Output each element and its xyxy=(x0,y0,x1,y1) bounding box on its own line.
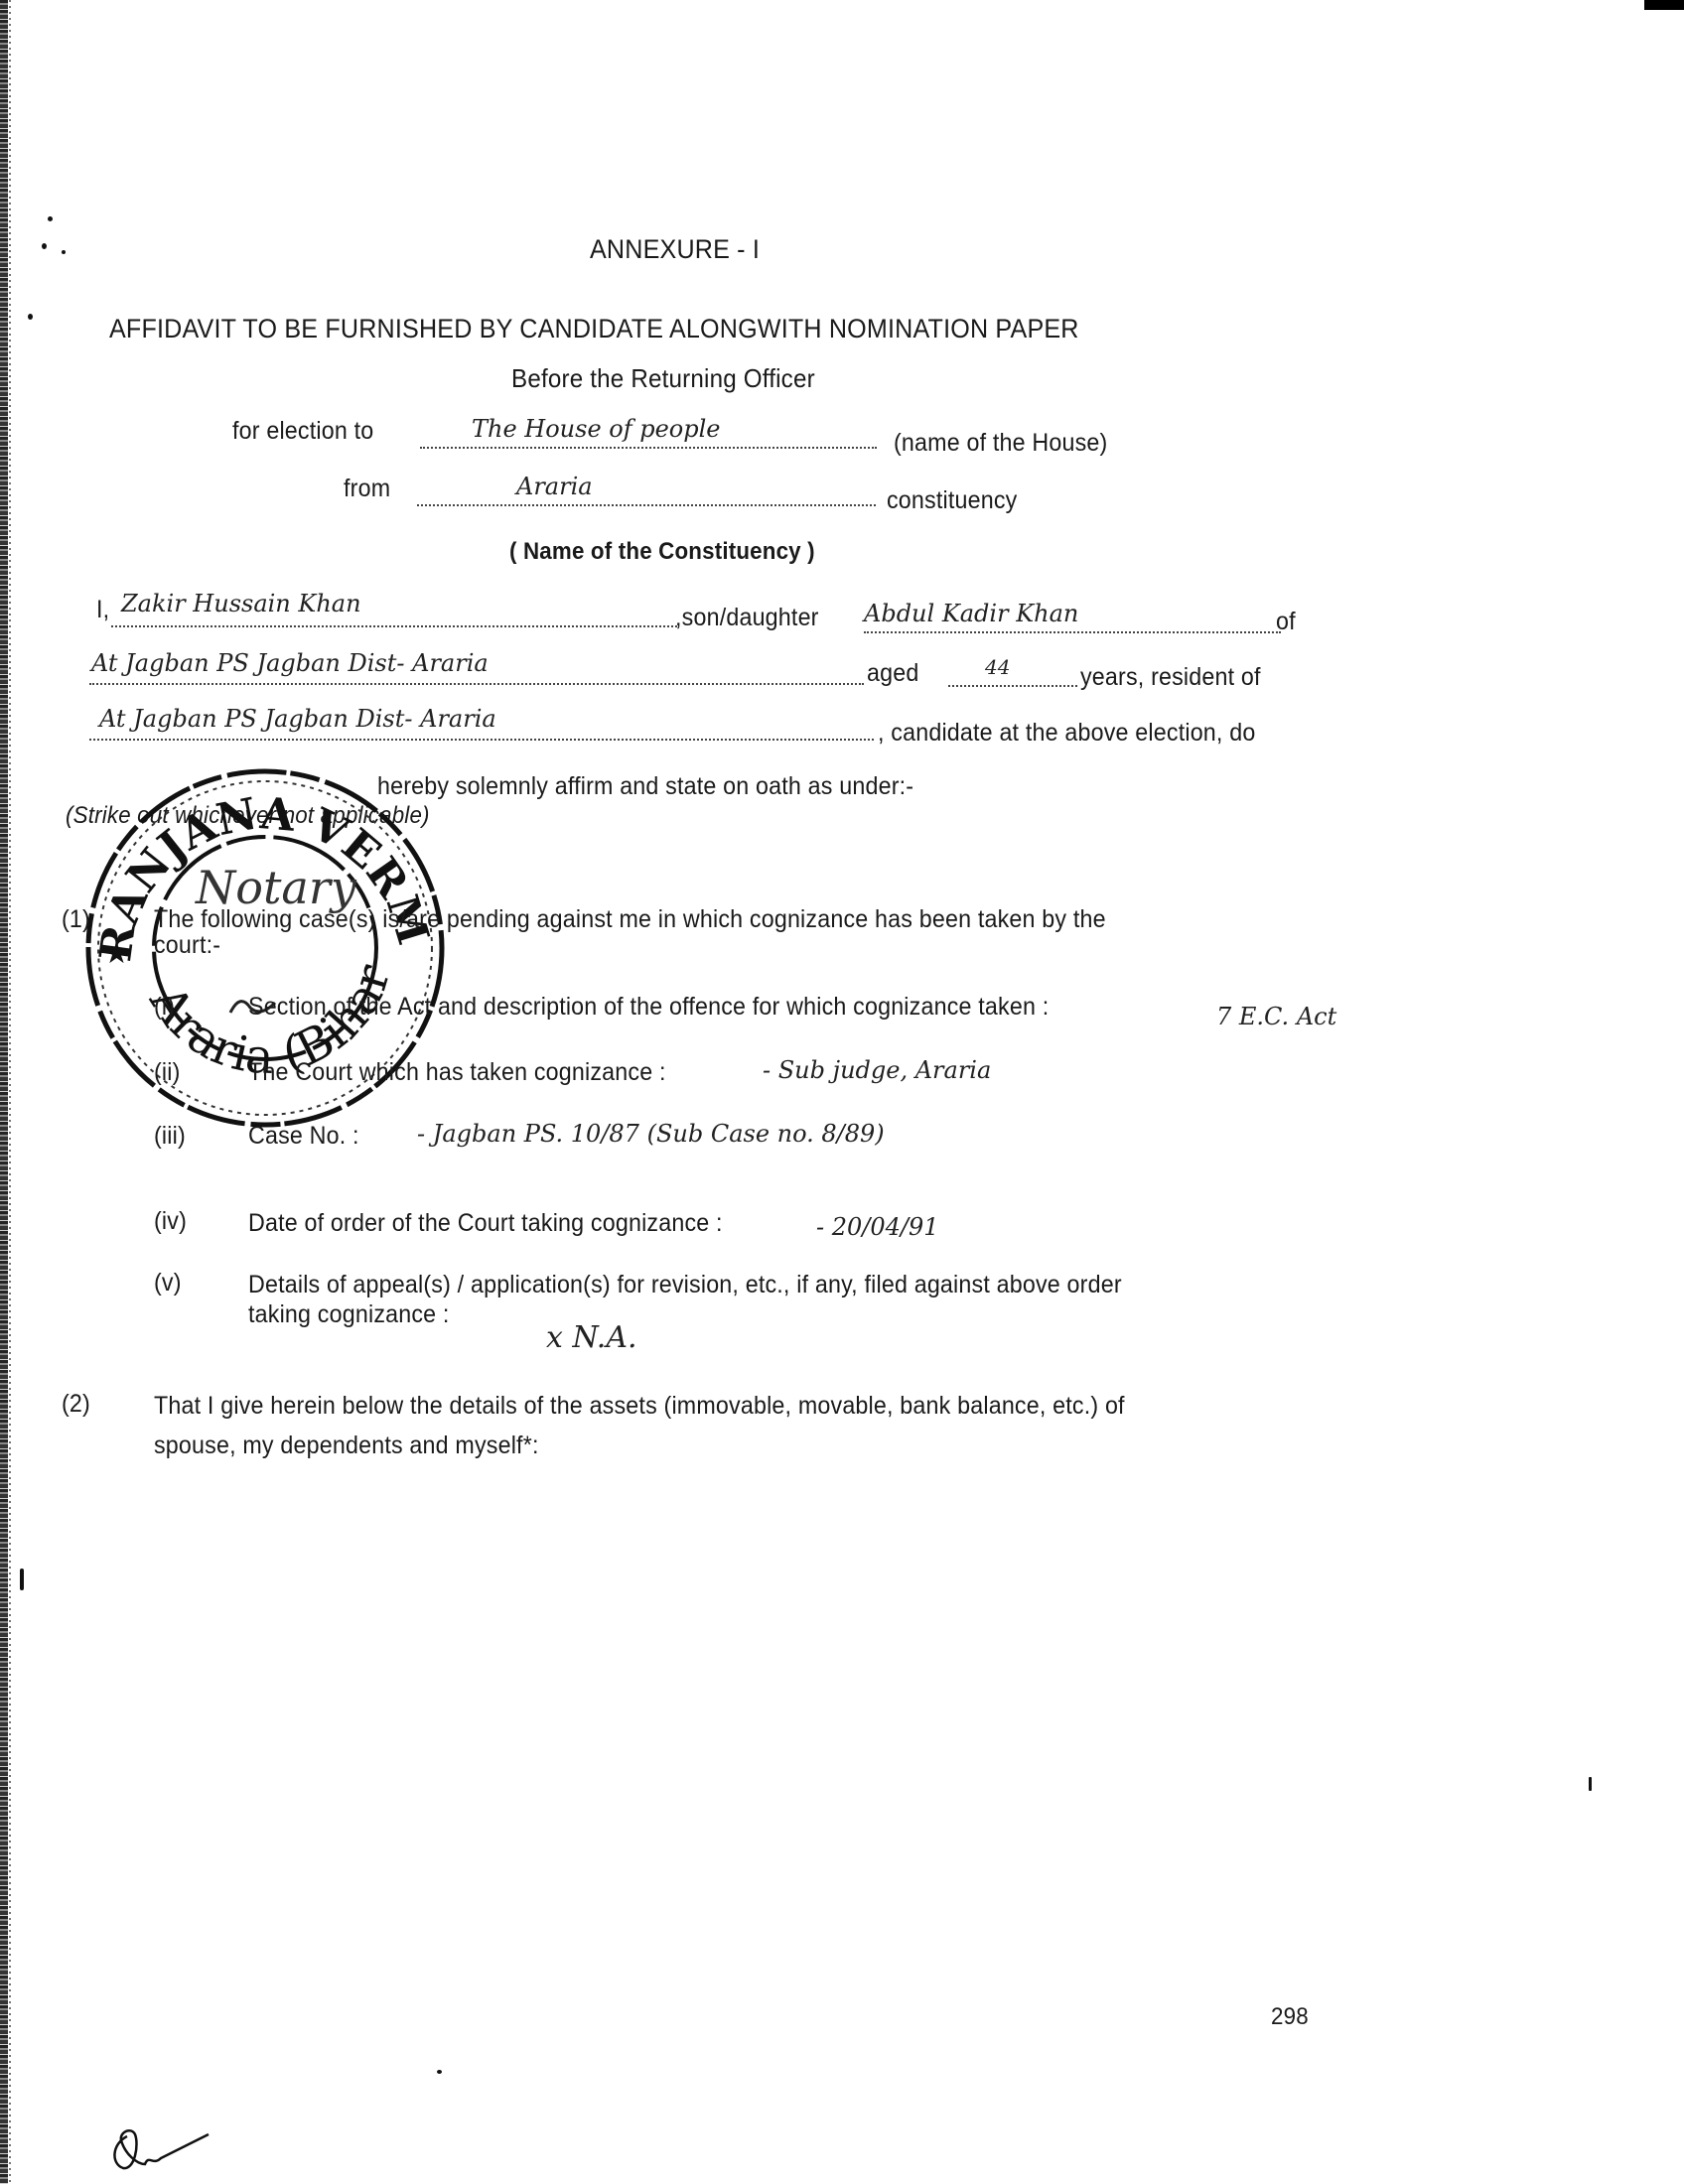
page-number: 298 xyxy=(1271,2003,1309,2031)
item-iii-number: (iii) xyxy=(154,1122,186,1151)
section2-number: (2) xyxy=(62,1390,90,1419)
residence-value: At Jagban PS Jagban Dist- Araria xyxy=(99,705,496,733)
item-v-label-cont: taking cognizance : xyxy=(248,1300,450,1329)
section1-text-cont: court:- xyxy=(154,931,220,960)
candidate-label: , candidate at the above election, do xyxy=(878,719,1255,748)
stamp-star-icon: ★ xyxy=(103,937,130,970)
section2-text-cont: spouse, my dependents and myself*: xyxy=(154,1432,539,1460)
residence-blank xyxy=(89,739,874,741)
scan-speck xyxy=(42,243,47,249)
constituency-suffix: constituency xyxy=(887,486,1017,515)
scan-speck xyxy=(28,314,33,320)
item-iii-value: - Jagban PS. 10/87 (Sub Case no. 8/89) xyxy=(417,1120,885,1148)
item-v-value: x N.A. xyxy=(546,1320,637,1355)
item-ii-number: (ii) xyxy=(154,1058,181,1087)
of-label: of xyxy=(1276,608,1296,636)
age-blank xyxy=(948,685,1077,687)
constituency-caption: ( Name of the Constituency ) xyxy=(509,538,815,566)
age-value: 44 xyxy=(985,655,1010,679)
affirm-text: hereby solemnly affirm and state on oath… xyxy=(377,772,913,801)
item-ii-label: The Court which has taken cognizance : xyxy=(248,1058,666,1087)
scan-edge-inner xyxy=(9,0,11,2184)
item-iv-number: (iv) xyxy=(154,1207,187,1236)
scan-edge xyxy=(0,0,8,2184)
constituency-value: Araria xyxy=(516,473,593,500)
house-blank xyxy=(420,447,877,449)
scan-speck xyxy=(20,1569,24,1590)
item-iv-value: - 20/04/91 xyxy=(816,1213,939,1241)
section2-text: That I give herein below the details of … xyxy=(154,1392,1125,1421)
item-v-number: (v) xyxy=(154,1269,182,1297)
item-ii-value: - Sub judge, Araria xyxy=(763,1056,991,1084)
item-i-value: 7 E.C. Act xyxy=(1216,1003,1336,1030)
annexure-heading: ANNEXURE - I xyxy=(590,234,760,265)
section1-text: The following case(s) is/are pending aga… xyxy=(154,905,1106,934)
house-suffix: (name of the House) xyxy=(894,429,1107,458)
item-v-label: Details of appeal(s) / application(s) fo… xyxy=(248,1271,1122,1299)
address-value: At Jagban PS Jagban Dist- Araria xyxy=(91,649,489,677)
signature-icon xyxy=(109,2124,218,2179)
for-election-label: for election to xyxy=(232,417,373,446)
house-value: The House of people xyxy=(472,415,721,443)
section1-number: (1) xyxy=(62,905,90,934)
scan-speck xyxy=(1589,1777,1592,1791)
constituency-blank xyxy=(417,504,876,506)
i-label: I, xyxy=(96,596,109,624)
affidavit-title: AFFIDAVIT TO BE FURNISHED BY CANDIDATE A… xyxy=(109,314,1079,344)
item-i-label: Section of the Act and description of th… xyxy=(248,993,1049,1022)
address-blank xyxy=(89,683,864,685)
years-label: years, resident of xyxy=(1080,663,1261,692)
name-blank xyxy=(111,625,677,627)
from-label: from xyxy=(344,475,390,503)
parent-name: Abdul Kadir Khan xyxy=(864,600,1078,627)
item-iv-label: Date of order of the Court taking cogniz… xyxy=(248,1209,723,1238)
scan-corner-mark xyxy=(1644,0,1684,10)
candidate-name: Zakir Hussain Khan xyxy=(121,590,361,617)
scan-speck xyxy=(62,250,66,254)
item-iii-label: Case No. : xyxy=(248,1122,359,1151)
item-i-number: (i) xyxy=(154,993,175,1022)
parent-blank xyxy=(864,631,1281,633)
aged-label: aged xyxy=(867,659,918,688)
scan-speck xyxy=(437,2070,442,2074)
scan-speck xyxy=(48,216,53,221)
relation-label: ,son/daughter xyxy=(675,604,819,632)
returning-officer-line: Before the Returning Officer xyxy=(511,363,815,394)
